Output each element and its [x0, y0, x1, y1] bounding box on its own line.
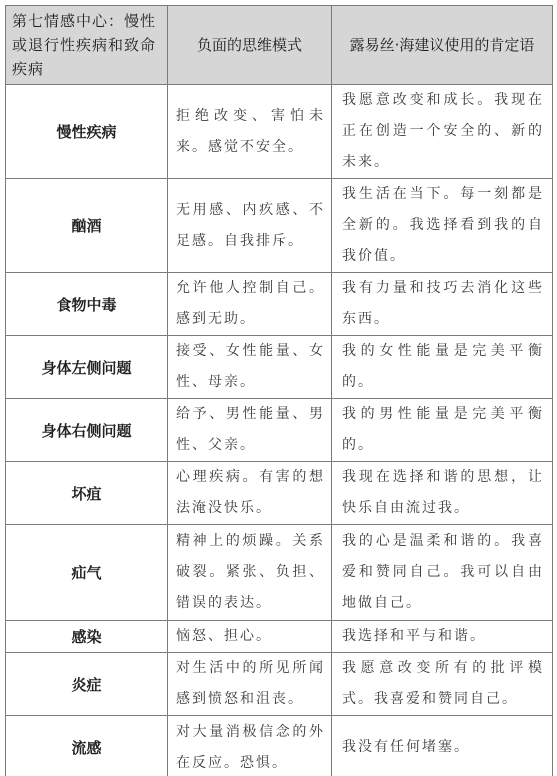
condition-cell: 坏疽: [6, 462, 168, 525]
negative-pattern-cell: 对大量消极信念的外在反应。恐惧。: [168, 716, 332, 776]
negative-pattern-cell: 拒绝改变、害怕未来。感觉不安全。: [168, 85, 332, 179]
affirmation-cell: 我愿意改变所有的批评模式。我喜爱和赞同自己。: [332, 653, 553, 716]
affirmation-cell: 我现在选择和谐的思想，让快乐自由流过我。: [332, 462, 553, 525]
table-row: 疝气 精神上的烦躁。关系破裂。紧张、负担、错误的表达。 我的心是温柔和谐的。我喜…: [6, 525, 553, 621]
table-row: 身体左侧问题 接受、女性能量、女性、母亲。 我的女性能量是完美平衡的。: [6, 336, 553, 399]
table-row: 流感 对大量消极信念的外在反应。恐惧。 我没有任何堵塞。: [6, 716, 553, 776]
condition-cell: 炎症: [6, 653, 168, 716]
table-row: 炎症 对生活中的所见所闻感到愤怒和沮丧。 我愿意改变所有的批评模式。我喜爱和赞同…: [6, 653, 553, 716]
affirmation-cell: 我愿意改变和成长。我现在正在创造一个安全的、新的未来。: [332, 85, 553, 179]
condition-cell: 感染: [6, 621, 168, 653]
negative-pattern-cell: 对生活中的所见所闻感到愤怒和沮丧。: [168, 653, 332, 716]
header-affirmation: 露易丝·海建议使用的肯定语: [332, 6, 553, 85]
negative-pattern-cell: 精神上的烦躁。关系破裂。紧张、负担、错误的表达。: [168, 525, 332, 621]
affirmation-cell: 我选择和平与和谐。: [332, 621, 553, 653]
affirmation-cell: 我的心是温柔和谐的。我喜爱和赞同自己。我可以自由地做自己。: [332, 525, 553, 621]
affirmation-cell: 我没有任何堵塞。: [332, 716, 553, 776]
table-row: 慢性疾病 拒绝改变、害怕未来。感觉不安全。 我愿意改变和成长。我现在正在创造一个…: [6, 85, 553, 179]
negative-pattern-cell: 恼怒、担心。: [168, 621, 332, 653]
table-row: 食物中毒 允许他人控制自己。感到无助。 我有力量和技巧去消化这些东西。: [6, 273, 553, 336]
affirmation-cell: 我的男性能量是完美平衡的。: [332, 399, 553, 462]
condition-cell: 流感: [6, 716, 168, 776]
affirmation-cell: 我的女性能量是完美平衡的。: [332, 336, 553, 399]
negative-pattern-cell: 接受、女性能量、女性、母亲。: [168, 336, 332, 399]
table-row: 坏疽 心理疾病。有害的想法淹没快乐。 我现在选择和谐的思想，让快乐自由流过我。: [6, 462, 553, 525]
condition-cell: 身体左侧问题: [6, 336, 168, 399]
condition-cell: 疝气: [6, 525, 168, 621]
negative-pattern-cell: 给予、男性能量、男性、父亲。: [168, 399, 332, 462]
condition-cell: 慢性疾病: [6, 85, 168, 179]
table-row: 身体右侧问题 给予、男性能量、男性、父亲。 我的男性能量是完美平衡的。: [6, 399, 553, 462]
negative-pattern-cell: 无用感、内疚感、不足感。自我排斥。: [168, 179, 332, 273]
negative-pattern-cell: 心理疾病。有害的想法淹没快乐。: [168, 462, 332, 525]
negative-pattern-cell: 允许他人控制自己。感到无助。: [168, 273, 332, 336]
header-emotional-center: 第七情感中心：慢性或退行性疾病和致命疾病: [6, 6, 168, 85]
header-negative-pattern: 负面的思维模式: [168, 6, 332, 85]
table-row: 酗酒 无用感、内疚感、不足感。自我排斥。 我生活在当下。每一刻都是全新的。我选择…: [6, 179, 553, 273]
condition-cell: 身体右侧问题: [6, 399, 168, 462]
affirmation-cell: 我有力量和技巧去消化这些东西。: [332, 273, 553, 336]
table-row: 感染 恼怒、担心。 我选择和平与和谐。: [6, 621, 553, 653]
condition-cell: 食物中毒: [6, 273, 168, 336]
affirmation-cell: 我生活在当下。每一刻都是全新的。我选择看到我的自我价值。: [332, 179, 553, 273]
condition-cell: 酗酒: [6, 179, 168, 273]
header-row: 第七情感中心：慢性或退行性疾病和致命疾病 负面的思维模式 露易丝·海建议使用的肯…: [6, 6, 553, 85]
affirmation-table: 第七情感中心：慢性或退行性疾病和致命疾病 负面的思维模式 露易丝·海建议使用的肯…: [5, 5, 553, 776]
